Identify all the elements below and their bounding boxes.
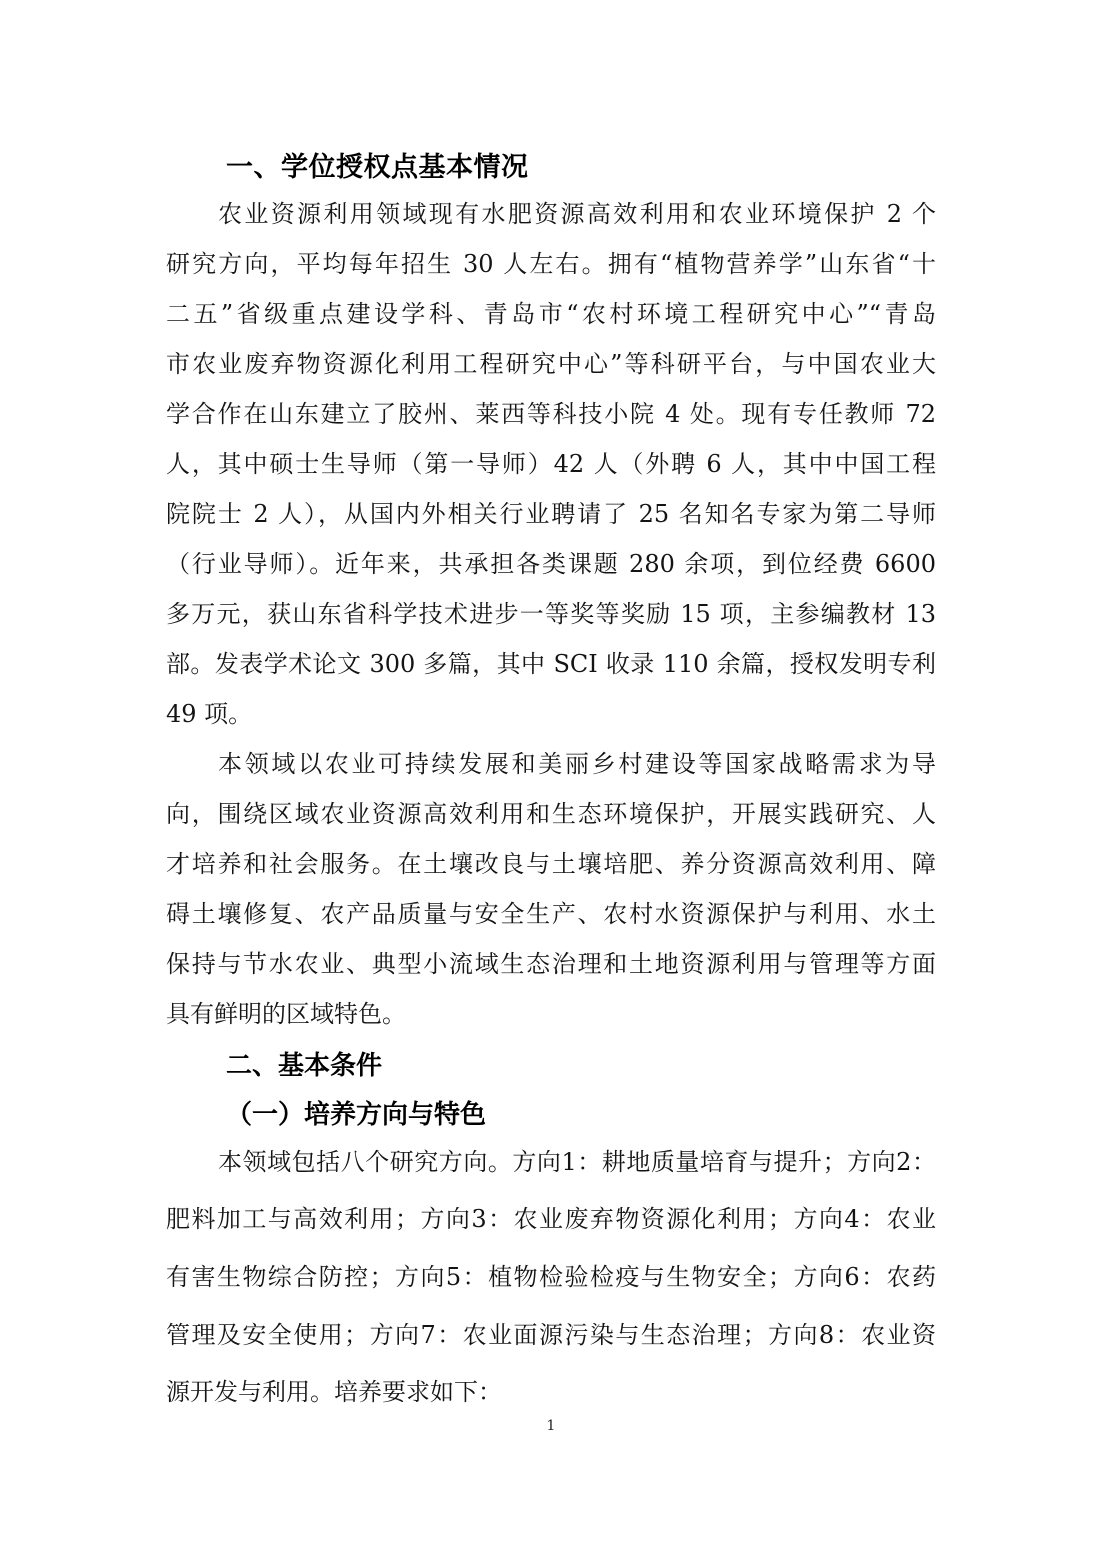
paragraph-line: 本领域包括八个研究方向。方向1：耕地质量培育与提升；方向2： [218,1147,936,1177]
paragraph-line: 人，其中硕士生导师（第一导师）42 人（外聘 6 人，其中中国工程 [166,449,936,479]
section-heading-1: 一、学位授权点基本情况 [226,145,529,184]
paragraph-line: 研究方向，平均每年招生 30 人左右。拥有“植物营养学”山东省“十 [166,249,936,279]
paragraph-line: 49 项。 [166,699,936,729]
paragraph-line: 向，围绕区域农业资源高效利用和生态环境保护，开展实践研究、人 [166,799,936,829]
paragraph-line: 才培养和社会服务。在土壤改良与土壤培肥、养分资源高效利用、障 [166,849,936,879]
paragraph-line: 市农业废弃物资源化利用工程研究中心”等科研平台，与中国农业大 [166,349,936,379]
paragraph-line: 二五”省级重点建设学科、青岛市“农村环境工程研究中心”“青岛 [166,299,936,329]
section-heading-2: 二、基本条件 [226,1045,382,1082]
paragraph-line: 多万元，获山东省科学技术进步一等奖等奖励 15 项，主参编教材 13 [166,599,936,629]
paragraph-line: 有害生物综合防控；方向5：植物检验检疫与生物安全；方向6：农药 [166,1262,936,1292]
paragraph-line: 院院士 2 人），从国内外相关行业聘请了 25 名知名专家为第二导师 [166,499,936,529]
page-number: 1 [0,1418,1102,1434]
subsection-heading-1: （一）培养方向与特色 [226,1094,486,1131]
paragraph-line: 具有鲜明的区域特色。 [166,999,936,1029]
paragraph-line: 源开发与利用。培养要求如下： [166,1377,936,1407]
paragraph-line: 本领域以农业可持续发展和美丽乡村建设等国家战略需求为导 [218,749,936,779]
paragraph-line: 肥料加工与高效利用；方向3：农业废弃物资源化利用；方向4：农业 [166,1204,936,1234]
paragraph-line: 保持与节水农业、典型小流域生态治理和土地资源利用与管理等方面 [166,949,936,979]
paragraph-line: 管理及安全使用；方向7：农业面源污染与生态治理；方向8：农业资 [166,1320,936,1350]
paragraph-line: （行业导师）。近年来，共承担各类课题 280 余项，到位经费 6600 [166,549,936,579]
paragraph-line: 碍土壤修复、农产品质量与安全生产、农村水资源保护与利用、水土 [166,899,936,929]
paragraph-line: 部。发表学术论文 300 多篇，其中 SCI 收录 110 余篇，授权发明专利 [166,649,936,679]
paragraph-line: 农业资源利用领域现有水肥资源高效利用和农业环境保护 2 个 [218,199,936,229]
paragraph-line: 学合作在山东建立了胶州、莱西等科技小院 4 处。现有专任教师 72 [166,399,936,429]
document-page: 一、学位授权点基本情况 农业资源利用领域现有水肥资源高效利用和农业环境保护 2 … [0,0,1102,1559]
